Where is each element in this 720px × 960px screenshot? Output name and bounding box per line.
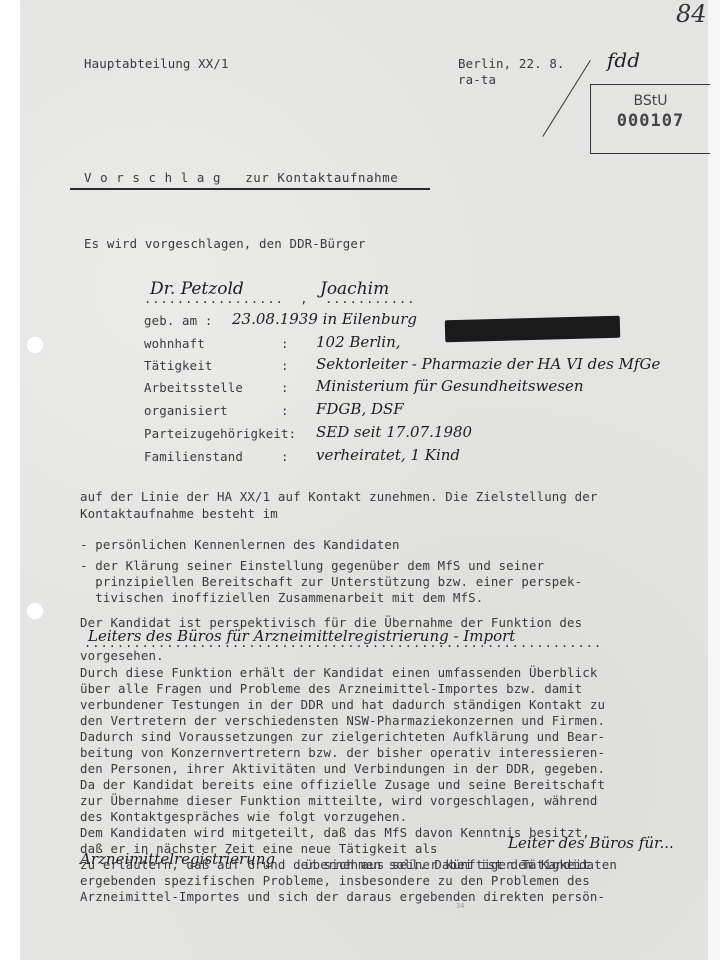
title-underline bbox=[70, 188, 430, 190]
field-label: Parteizugehörigkeit: bbox=[144, 426, 296, 441]
text-line: Da der Kandidat bereits eine offizielle … bbox=[80, 777, 605, 792]
field-value: 102 Berlin, bbox=[316, 333, 401, 351]
field-value: Ministerium für Gesundheitswesen bbox=[316, 377, 583, 395]
text-line: über alle Fragen und Probleme des Arznei… bbox=[80, 681, 582, 696]
text-line: zu erläutern, daß auf Grund der sich aus… bbox=[80, 857, 590, 872]
punch-hole bbox=[26, 602, 44, 620]
stamp-number: 000107 bbox=[591, 111, 710, 131]
archive-stamp: BStU 000107 bbox=[590, 84, 710, 154]
field-value: Sektorleiter - Pharmazie der HA VI des M… bbox=[316, 355, 660, 373]
text-line: den Personen, ihrer Aktivitäten und Verb… bbox=[80, 761, 605, 776]
punch-hole bbox=[26, 336, 44, 354]
text-line: vorgesehen. bbox=[80, 648, 164, 663]
intro-text: Es wird vorgeschlagen, den DDR-Bürger bbox=[84, 236, 366, 251]
text-line: Durch diese Funktion erhält der Kandidat… bbox=[80, 665, 597, 680]
text-line: den Vertretern der verschiedensten NSW-P… bbox=[80, 713, 605, 728]
field-label: Arbeitsstelle : bbox=[144, 380, 289, 395]
redaction-bar bbox=[445, 316, 621, 343]
page-number: 84 bbox=[676, 0, 707, 28]
text-line: zur Übernahme dieser Funktion mitteilte,… bbox=[80, 793, 597, 808]
text-line: auf der Linie der HA XX/1 auf Kontakt zu… bbox=[80, 489, 597, 504]
department: Hauptabteilung XX/1 bbox=[84, 56, 229, 71]
footer-mark: 34 bbox=[456, 902, 464, 910]
handwritten-function: Leiter des Büros für... bbox=[508, 834, 674, 852]
signature: fdd bbox=[607, 48, 640, 72]
field-label: Tätigkeit : bbox=[144, 358, 289, 373]
field-value: FDGB, DSF bbox=[316, 400, 404, 418]
text-line: beitung von Konzernvertretern bzw. der b… bbox=[80, 745, 605, 760]
field-label: wohnhaft : bbox=[144, 336, 289, 351]
text-line: des Kontaktgespräches wie folgt vorzugeh… bbox=[80, 809, 407, 824]
field-label: Familienstand : bbox=[144, 449, 289, 464]
bullet-item: - der Klärung seiner Einstellung gegenüb… bbox=[80, 558, 544, 573]
place-date: Berlin, 22. 8. bbox=[458, 56, 565, 71]
field-value: SED seit 17.07.1980 bbox=[316, 423, 472, 441]
bullet-item: tivischen inoffiziellen Zusammenarbeit m… bbox=[80, 590, 483, 605]
field-value: verheiratet, 1 Kind bbox=[316, 446, 460, 464]
stamp-agency: BStU bbox=[591, 93, 710, 109]
text-line: Dadurch sind Voraussetzungen zur zielger… bbox=[80, 729, 605, 744]
field-value: 23.08.1939 in Eilenburg bbox=[232, 310, 417, 328]
text-line: ergebenden spezifischen Probleme, insbes… bbox=[80, 873, 590, 888]
field-label: geb. am : bbox=[144, 313, 213, 328]
bullet-item: prinzipiellen Bereitschaft zur Unterstüt… bbox=[80, 574, 582, 589]
reference: ra-ta bbox=[458, 72, 496, 87]
field-label: organisiert : bbox=[144, 403, 289, 418]
document-title: V o r s c h l a g zur Kontaktaufnahme bbox=[84, 170, 398, 185]
text-line: Kontaktaufnahme besteht im bbox=[80, 506, 278, 521]
name-dots: ................. , ........... bbox=[144, 292, 415, 306]
text-line: verbundener Testungen in der DDR und hat… bbox=[80, 697, 605, 712]
text-line: Arzneimittel-Importes und sich der darau… bbox=[80, 889, 605, 904]
bullet-item: - persönlichen Kennenlernen des Kandidat… bbox=[80, 537, 400, 552]
